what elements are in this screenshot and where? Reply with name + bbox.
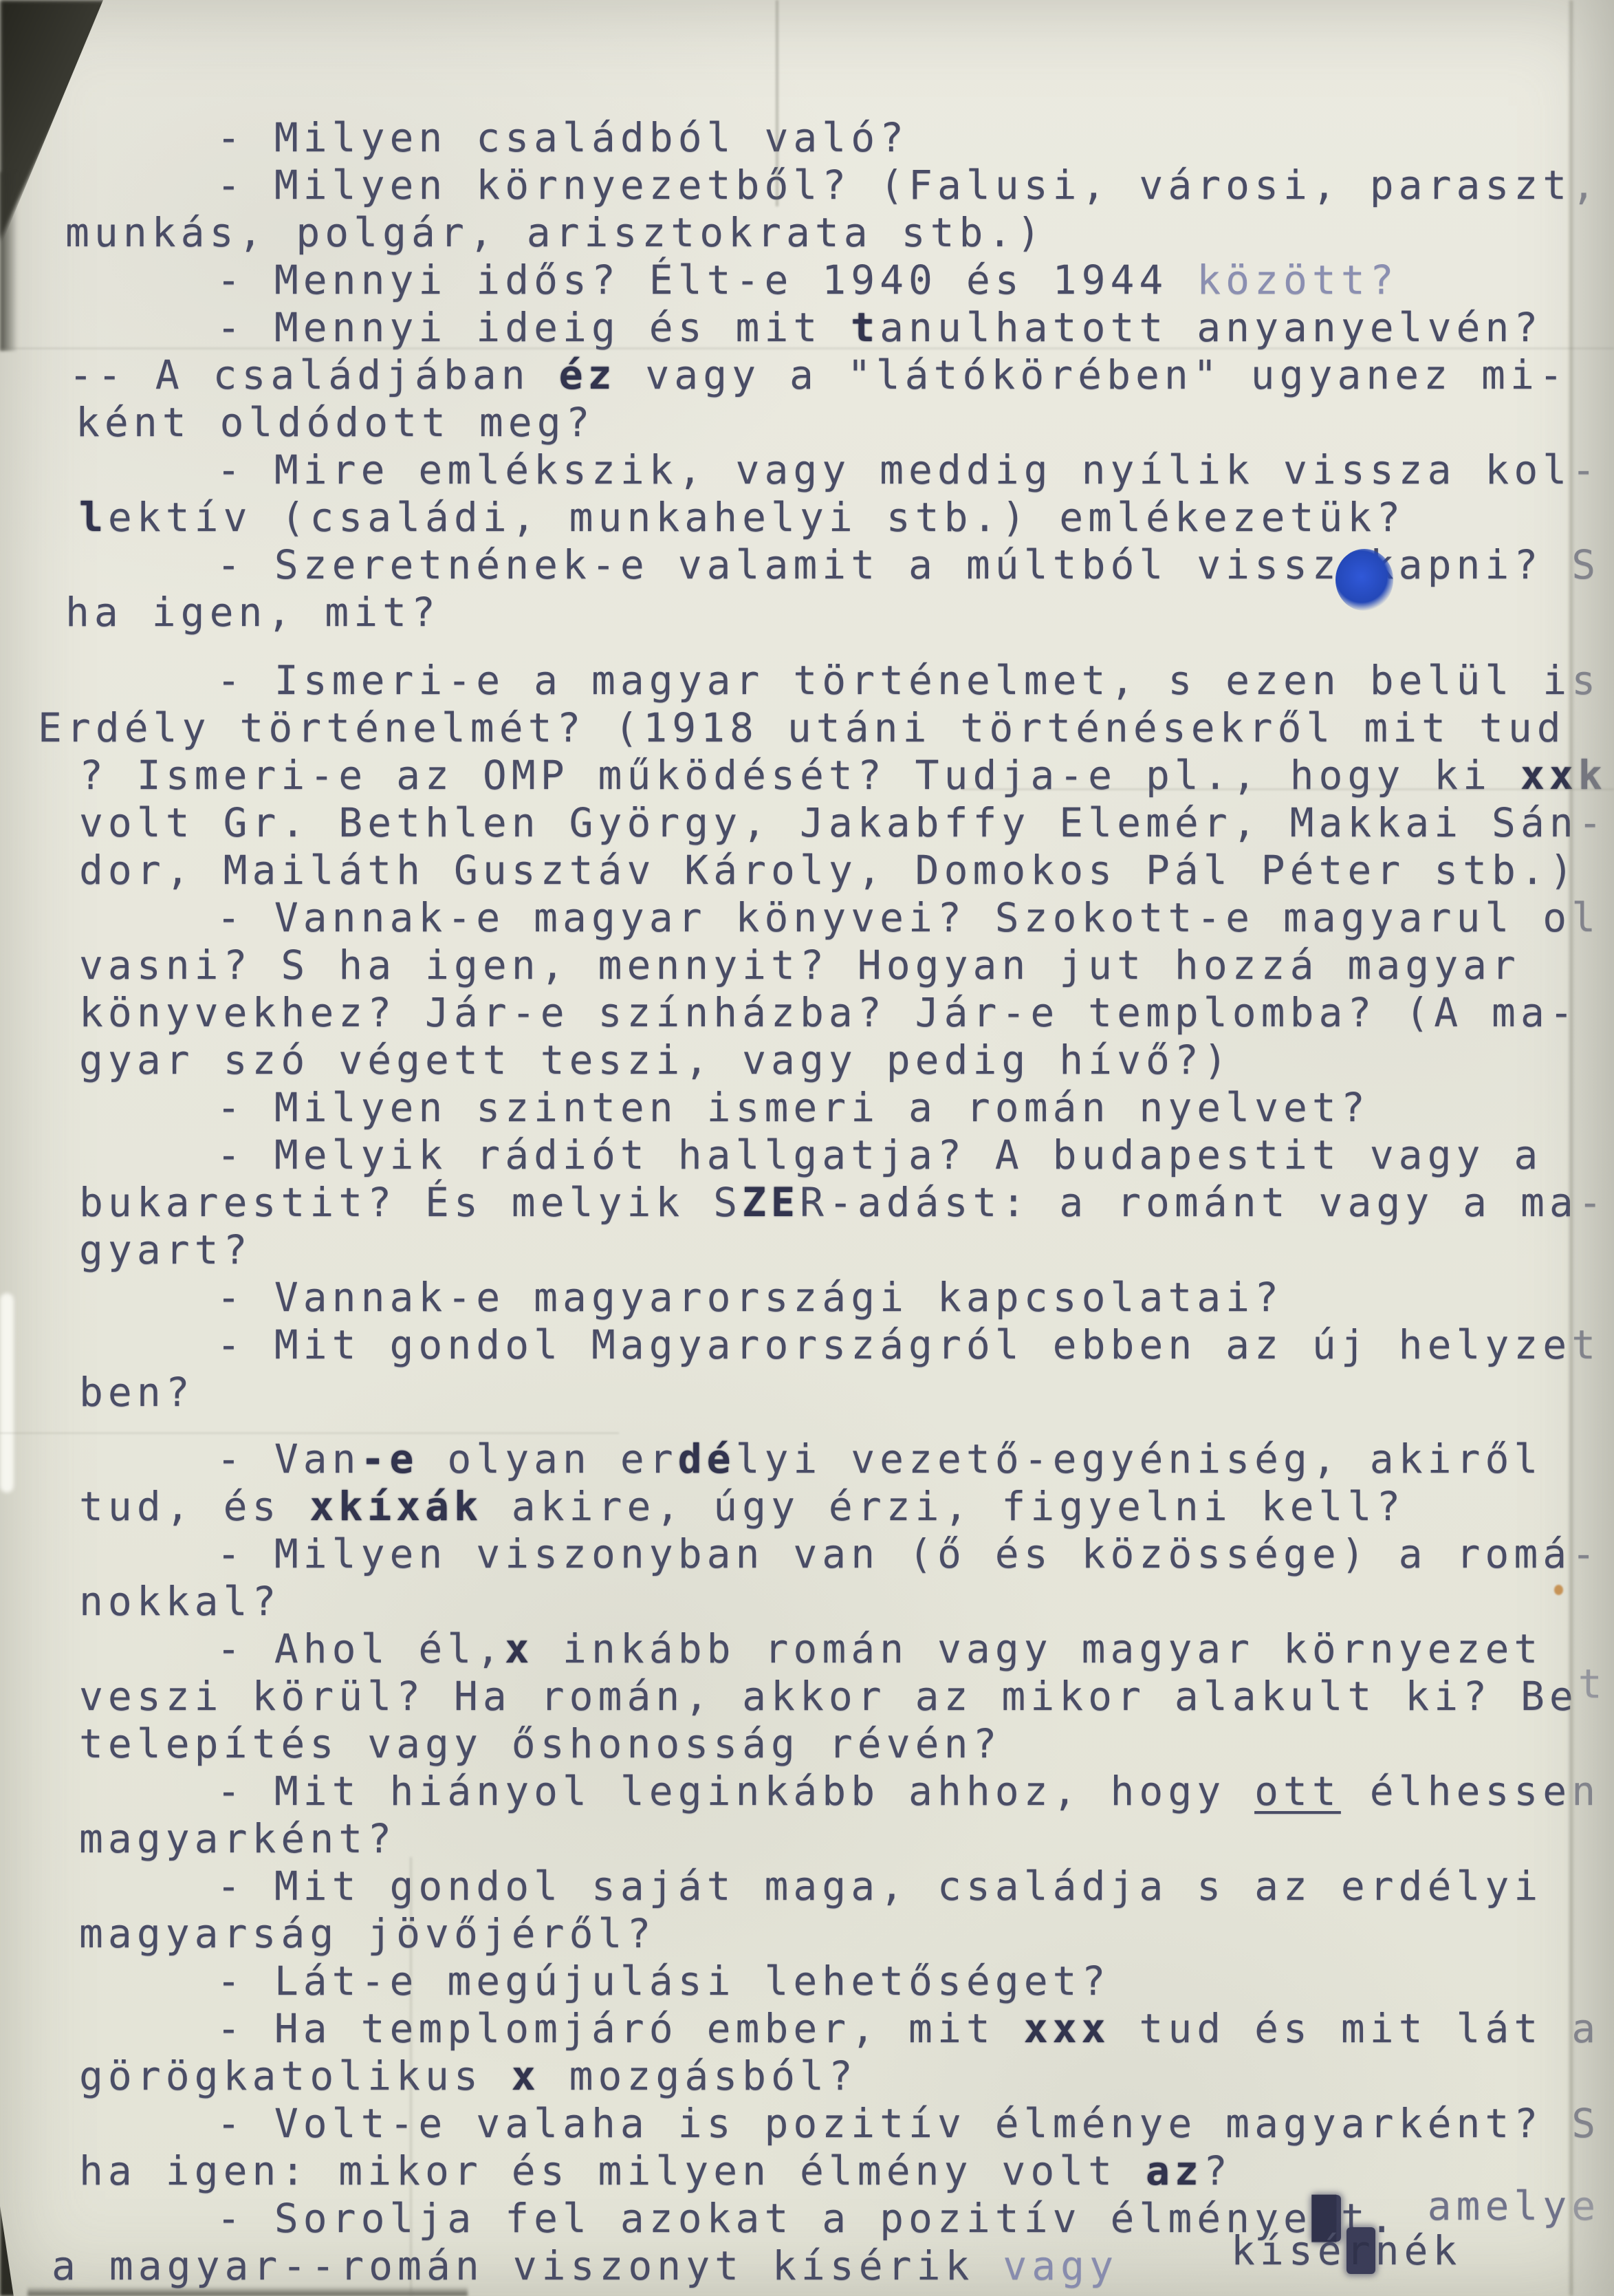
text-line: magyarként? bbox=[79, 1815, 396, 1863]
text-line: a magyar--román viszonyt kísérik vagy bbox=[52, 2242, 1118, 2290]
text-segment: mozgásból? bbox=[541, 2053, 858, 2099]
text-line: bukarestit? És melyik SZER-adást: a romá… bbox=[79, 1179, 1607, 1226]
paper-edge-highlight-left bbox=[0, 1293, 14, 1493]
text-segment: - Melyik rádiót hallgatja? A budapestit … bbox=[217, 1131, 1542, 1178]
text-line: - Milyen családból való? bbox=[217, 114, 908, 162]
text-line: - Mit gondol Magyarországról ebben az új… bbox=[217, 1321, 1600, 1369]
text-segment: tud, és bbox=[79, 1483, 309, 1530]
text-segment: gyar szó végett teszi, vagy pedig hívő?) bbox=[79, 1037, 1232, 1083]
paper-crease-top bbox=[776, 0, 778, 206]
text-segment-b: xkíxák bbox=[309, 1483, 483, 1530]
text-segment: -- A családjában bbox=[69, 351, 559, 398]
text-segment-b: ZE bbox=[742, 1179, 800, 1226]
rust-fleck bbox=[1554, 1585, 1563, 1595]
text-segment: ektív (családi, munkahelyi stb.) emlékez… bbox=[108, 494, 1405, 541]
text-segment: ben? bbox=[79, 1369, 195, 1416]
text-line: ben? bbox=[79, 1369, 195, 1416]
text-line: - Milyen szinten ismeri a román nyelvet? bbox=[217, 1084, 1370, 1131]
text-segment: - Sorolja fel azokat a pozitív élménye bbox=[217, 2195, 1312, 2242]
paper-crease-horizontal-2 bbox=[963, 788, 1614, 790]
text-segment: vagy a "látókörében" ugyanez mi- bbox=[616, 351, 1567, 398]
text-segment-b: x bbox=[512, 2053, 541, 2099]
text-line: dor, Mailáth Gusztáv Károly, Domokos Pál… bbox=[79, 847, 1578, 894]
text-segment-b: dé bbox=[678, 1436, 736, 1482]
text-segment: - Lát-e megújulási lehetőséget? bbox=[217, 1958, 1111, 2004]
text-line: - Vannak-e magyarországi kapcsolatai? bbox=[217, 1274, 1283, 1321]
text-segment-b: x bbox=[505, 1625, 534, 1672]
text-segment: veszi körül? Ha román, akkor az mikor al… bbox=[79, 1673, 1578, 1720]
text-segment-f: között? bbox=[1197, 257, 1398, 303]
text-segment: lyi vezető-egyéniség, akiről bbox=[736, 1436, 1543, 1482]
text-segment: magyarság jövőjéről? bbox=[79, 1910, 655, 1957]
text-segment: vasni? S ha igen, mennyit? Hogyan jut ho… bbox=[79, 942, 1520, 988]
text-line: - Milyen viszonyban van (ő és közössége)… bbox=[217, 1530, 1600, 1578]
text-segment: volt Gr. Bethlen György, Jakabffy Elemér… bbox=[79, 799, 1607, 846]
text-line: gyar szó végett teszi, vagy pedig hívő?) bbox=[79, 1037, 1232, 1084]
paper-right-edge-strip bbox=[1573, 0, 1614, 2296]
text-line: - Mennyi ideig és mit tanulhatott anyany… bbox=[217, 304, 1542, 351]
text-segment: - Volt-e valaha is pozitív élménye magya… bbox=[217, 2100, 1600, 2147]
text-segment: Erdély történelmét? (1918 utáni történés… bbox=[38, 704, 1566, 751]
text-line: volt Gr. Bethlen György, Jakabffy Elemér… bbox=[79, 799, 1607, 847]
text-segment-b: l bbox=[79, 494, 108, 541]
text-line: - Ismeri-e a magyar történelmet, s ezen … bbox=[217, 657, 1600, 704]
text-segment: - Vannak-e magyar könyvei? Szokott-e mag… bbox=[217, 894, 1600, 941]
text-segment: - Milyen viszonyban van (ő és közössége)… bbox=[217, 1530, 1600, 1577]
text-line: - Melyik rádiót hallgatja? A budapestit … bbox=[217, 1131, 1542, 1179]
text-line: Erdély történelmét? (1918 utáni történés… bbox=[38, 704, 1566, 752]
text-segment: könyvekhez? Jár-e színházba? Jár-e templ… bbox=[79, 989, 1578, 1036]
text-line: - Mire emlékszik, vagy meddig nyílik vis… bbox=[217, 446, 1600, 494]
photo-edge-shadow-left bbox=[0, 172, 18, 351]
text-segment: dor, Mailáth Gusztáv Károly, Domokos Pál… bbox=[79, 847, 1578, 894]
blue-ink-blot bbox=[1335, 549, 1393, 611]
text-segment: ha igen, mit? bbox=[65, 589, 440, 636]
text-line: ha igen: mikor és milyen élmény volt az? bbox=[79, 2147, 1232, 2195]
paper-crease-horizontal-3 bbox=[0, 1432, 619, 1434]
text-segment-f: vagy bbox=[1003, 2242, 1118, 2289]
text-segment: olyan er bbox=[418, 1436, 677, 1482]
text-line: - Ahol él,x inkább román vagy magyar kör… bbox=[217, 1625, 1542, 1673]
text-line: telepítés vagy őshonosság révén? bbox=[79, 1720, 1001, 1768]
text-segment: - Mit hiányol leginkább ahhoz, hogy bbox=[217, 1768, 1254, 1815]
text-segment-b: az bbox=[1146, 2147, 1203, 2194]
text-segment: - Mennyi ideig és mit bbox=[217, 304, 851, 351]
paper-crease-horizontal-1 bbox=[0, 347, 1614, 349]
text-segment: - Milyen szinten ismeri a román nyelvet? bbox=[217, 1084, 1370, 1131]
text-line: lektív (családi, munkahelyi stb.) emléke… bbox=[79, 494, 1405, 541]
text-segment: - Milyen családból való? bbox=[217, 114, 908, 161]
text-segment-b: -e bbox=[361, 1436, 419, 1482]
text-line: munkás, polgár, arisztokrata stb.) bbox=[65, 209, 1045, 257]
text-segment-b: xxx bbox=[1024, 2005, 1111, 2052]
text-line: - Mit hiányol leginkább ahhoz, hogy ott … bbox=[217, 1768, 1600, 1815]
text-line: - Milyen környezetből? (Falusi, városi, … bbox=[217, 162, 1600, 209]
text-segment: - Mit gondol Magyarországról ebben az új… bbox=[217, 1321, 1600, 1368]
text-segment: ha igen: mikor és milyen élmény volt bbox=[79, 2147, 1146, 2194]
text-segment: élhessen bbox=[1341, 1768, 1600, 1815]
text-line: tud, és xkíxák akire, úgy érzi, figyelni… bbox=[79, 1483, 1405, 1530]
paper-crease-bottom-left bbox=[410, 1857, 412, 2296]
text-segment: ? bbox=[1203, 2147, 1232, 2194]
text-segment: nék bbox=[1375, 2227, 1462, 2274]
text-segment: - Ahol él, bbox=[217, 1625, 505, 1672]
text-segment: - Ismeri-e a magyar történelmet, s ezen … bbox=[217, 657, 1600, 704]
text-segment: inkább román vagy magyar környezet bbox=[534, 1625, 1542, 1672]
text-line: - Mit gondol saját maga, családja s az e… bbox=[217, 1863, 1542, 1910]
text-line: - Van-e olyan erdélyi vezető-egyéniség, … bbox=[217, 1436, 1542, 1483]
text-line: - Ha templomjáró ember, mit xxx tud és m… bbox=[217, 2005, 1600, 2053]
text-segment-b: éz bbox=[559, 351, 617, 398]
text-segment: akire, úgy érzi, figyelni kell? bbox=[483, 1483, 1405, 1530]
text-segment: - Ha templomjáró ember, mit bbox=[217, 2005, 1024, 2052]
text-segment: nokkal? bbox=[79, 1578, 281, 1625]
text-line: - Vannak-e magyar könyvei? Szokott-e mag… bbox=[217, 894, 1600, 942]
text-line: -- A családjában éz vagy a "látókörében"… bbox=[69, 351, 1568, 399]
text-line: - Volt-e valaha is pozitív élménye magya… bbox=[217, 2100, 1600, 2147]
text-segment: a magyar--román viszonyt kísérik bbox=[52, 2242, 1003, 2289]
text-line: ha igen, mit? bbox=[65, 589, 440, 636]
text-segment: - Van bbox=[217, 1436, 361, 1482]
text-segment-bl: r bbox=[1346, 2227, 1375, 2274]
text-segment: - Mennyi idős? Élt-e 1940 és 1944 bbox=[217, 257, 1197, 303]
text-line: könyvekhez? Jár-e színházba? Jár-e templ… bbox=[79, 989, 1578, 1037]
text-segment: - Milyen környezetből? (Falusi, városi, … bbox=[217, 162, 1600, 208]
text-segment: - Vannak-e magyarországi kapcsolatai? bbox=[217, 1274, 1283, 1321]
text-line: vasni? S ha igen, mennyit? Hogyan jut ho… bbox=[79, 942, 1520, 989]
photo-edge-shadow-bottom bbox=[28, 2286, 468, 2296]
text-segment: magyarként? bbox=[79, 1815, 396, 1862]
text-segment: anulhatott anyanyelvén? bbox=[880, 304, 1542, 351]
text-line: ként oldódott meg? bbox=[76, 399, 595, 446]
text-segment-u: ott bbox=[1254, 1768, 1341, 1815]
text-layer: - Milyen családból való?- Milyen környez… bbox=[0, 0, 1614, 2296]
text-line: - Mennyi idős? Élt-e 1940 és 1944 között… bbox=[217, 257, 1399, 304]
text-segment: munkás, polgár, arisztokrata stb.) bbox=[65, 209, 1045, 256]
text-line: ? Ismeri-e az OMP működését? Tudja-e pl.… bbox=[79, 752, 1607, 799]
text-segment: R-adást: a románt vagy a ma- bbox=[800, 1179, 1607, 1226]
text-line: kísérnék bbox=[1231, 2227, 1461, 2275]
text-line: görögkatolikus x mozgásból? bbox=[79, 2053, 858, 2100]
text-segment: bukarestit? És melyik S bbox=[79, 1179, 742, 1226]
text-segment: görögkatolikus bbox=[79, 2053, 512, 2099]
text-line: nokkal? bbox=[79, 1578, 281, 1625]
text-segment: ? Ismeri-e az OMP működését? Tudja-e pl.… bbox=[79, 752, 1520, 799]
text-line: gyart? bbox=[79, 1226, 252, 1274]
text-segment: telepítés vagy őshonosság révén? bbox=[79, 1720, 1001, 1767]
text-segment: ként oldódott meg? bbox=[76, 399, 595, 446]
text-segment-b: t bbox=[851, 304, 880, 351]
scanned-document-photo: - Milyen családból való?- Milyen környez… bbox=[0, 0, 1614, 2296]
text-segment: tud és mit lát a bbox=[1111, 2005, 1601, 2052]
text-segment: - Mit gondol saját maga, családja s az e… bbox=[217, 1863, 1542, 1909]
text-segment: - Mire emlékszik, vagy meddig nyílik vis… bbox=[217, 446, 1600, 493]
text-line: magyarság jövőjéről? bbox=[79, 1910, 655, 1958]
text-segment: gyart? bbox=[79, 1226, 252, 1273]
text-segment: kísé bbox=[1231, 2227, 1346, 2274]
text-line: veszi körül? Ha román, akkor az mikor al… bbox=[79, 1673, 1607, 1720]
text-line: - Lát-e megújulási lehetőséget? bbox=[217, 1958, 1111, 2005]
